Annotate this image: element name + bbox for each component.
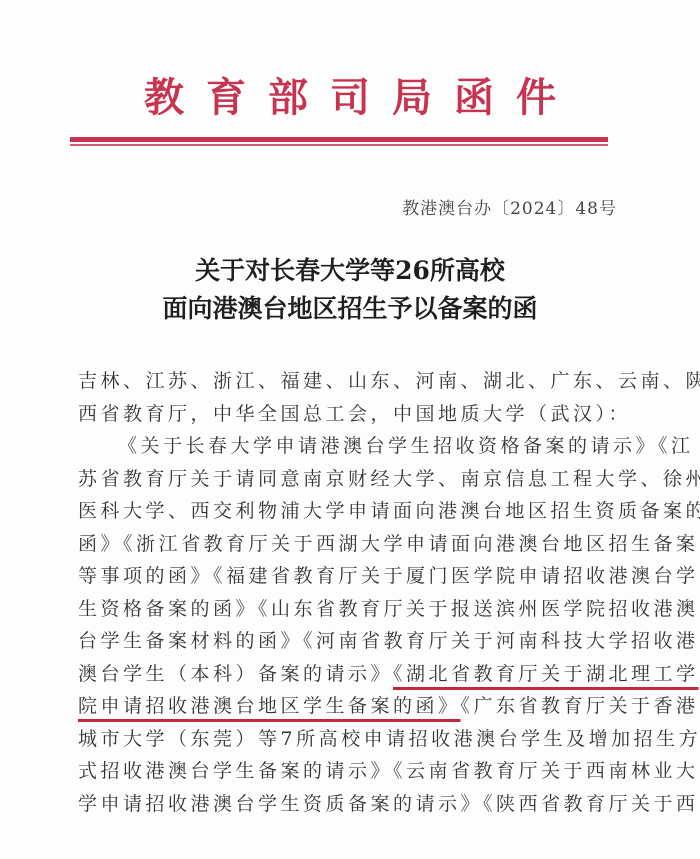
body-line: 苏省教育厅关于请同意南京财经大学、南京信息工程大学、徐州 bbox=[78, 463, 618, 496]
body-line: 医科大学、西交利物浦大学申请面向港澳台地区招生资质备案的 bbox=[78, 495, 618, 528]
letterhead-title: 教育部司局函件 bbox=[0, 70, 700, 126]
recipients-line-2: 西省教育厅，中华全国总工会，中国地质大学（武汉）： bbox=[78, 398, 618, 431]
letterhead-rule-thick bbox=[70, 137, 608, 142]
body-line: 台学生备案材料的函》《河南省教育厅关于河南科技大学招收港 bbox=[78, 625, 618, 658]
document-number: 教港澳台办〔2024〕48号 bbox=[402, 194, 617, 219]
body-line: 学申请招收港澳台学生资质备案的请示》《陕西省教育厅关于西 bbox=[78, 788, 618, 821]
body-line: 院申请招收港澳台地区学生备案的函》《广东省教育厅关于香港 bbox=[78, 690, 618, 723]
body-line: 式招收港澳台学生备案的请示》《云南省教育厅关于西南林业大 bbox=[78, 755, 618, 788]
body-text: 澳台学生（本科）备案的请示》 bbox=[78, 663, 393, 685]
letterhead-rule-thin bbox=[70, 144, 608, 146]
body-line: 函》《浙江省教育厅关于西湖大学申请面向港澳台地区招生备案 bbox=[78, 528, 618, 561]
document-title-line-1: 关于对长春大学等26所高校 bbox=[0, 252, 700, 290]
highlighted-reference: 《湖北省教育厅关于湖北理工学 bbox=[393, 663, 699, 685]
body-line: 《关于长春大学申请港澳台学生招收资格备案的请示》《江 bbox=[78, 430, 618, 463]
body-line: 城市大学（东莞）等7所高校申请招收港澳台学生及增加招生方 bbox=[78, 723, 618, 756]
document-body: 吉林、江苏、浙江、福建、山东、河南、湖北、广东、云南、陕 西省教育厅，中华全国总… bbox=[78, 365, 618, 820]
body-line: 澳台学生（本科）备案的请示》《湖北省教育厅关于湖北理工学 bbox=[78, 658, 618, 691]
highlighted-reference: 院申请招收港澳台地区学生备案的函》 bbox=[78, 695, 461, 717]
body-text: 《广东省教育厅关于香港 bbox=[461, 695, 699, 717]
body-line: 等事项的函》《福建省教育厅关于厦门医学院申请招收港澳台学 bbox=[78, 560, 618, 593]
recipients-line-1: 吉林、江苏、浙江、福建、山东、河南、湖北、广东、云南、陕 bbox=[78, 365, 618, 398]
document-title: 关于对长春大学等26所高校 面向港澳台地区招生予以备案的函 bbox=[0, 252, 700, 328]
body-line: 生资格备案的函》《山东省教育厅关于报送滨州医学院招收港澳 bbox=[78, 593, 618, 626]
document-title-line-2: 面向港澳台地区招生予以备案的函 bbox=[0, 290, 700, 328]
